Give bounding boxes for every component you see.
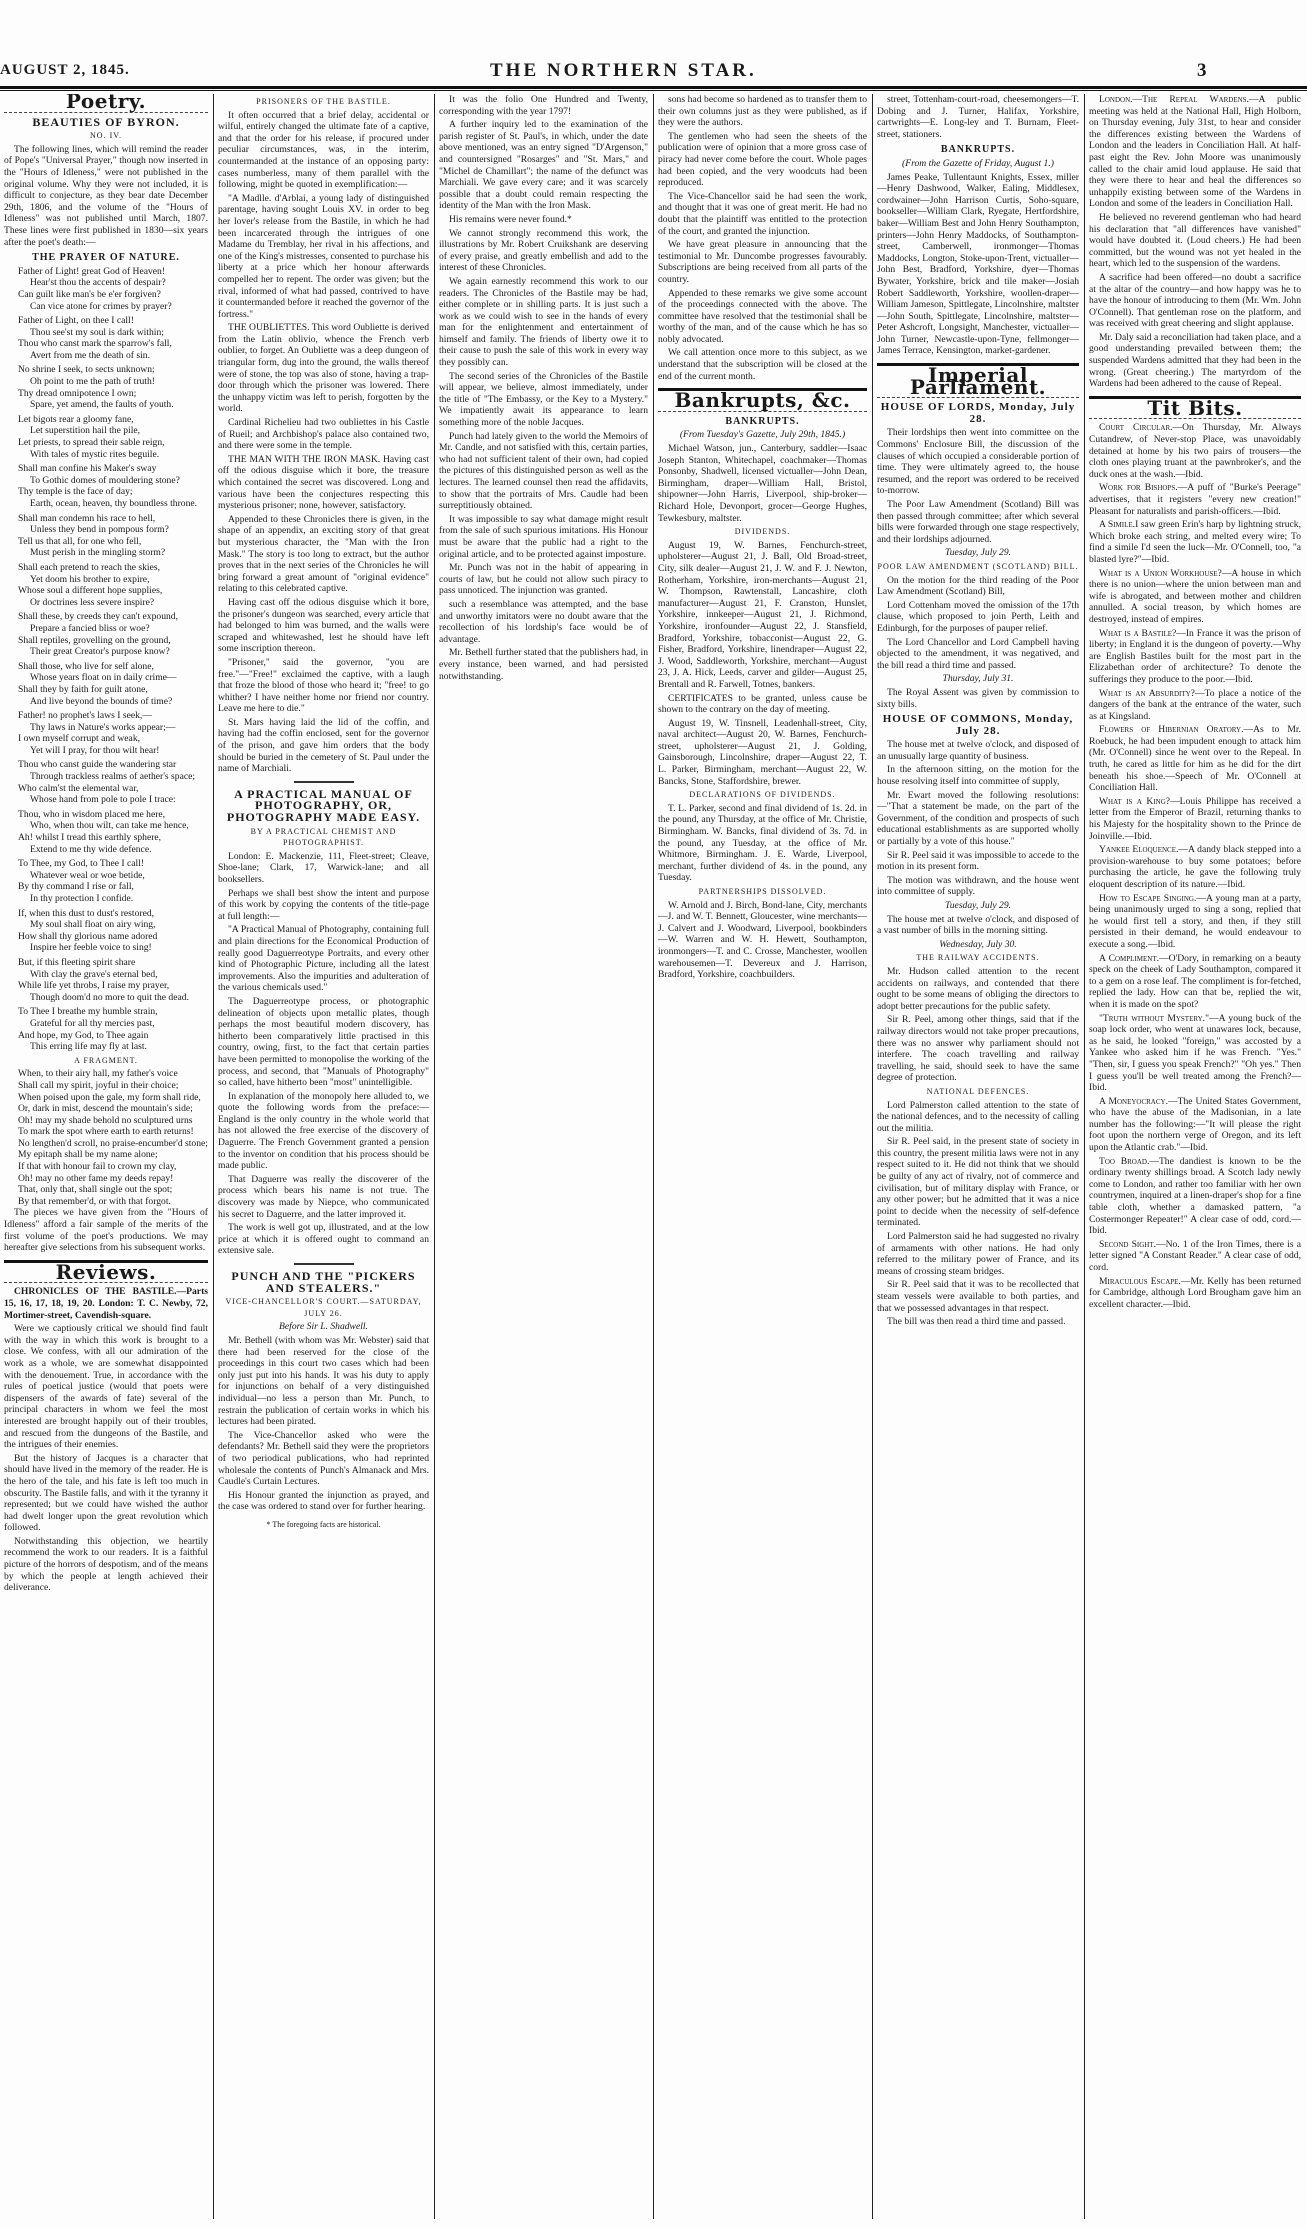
tit-bit-item: Too Broad.—The dandiest is known to be t…	[1089, 1156, 1301, 1237]
verse-line: Or, dark in mist, descend the mountain's…	[18, 1103, 208, 1115]
verse-line: Hear'st thou the accents of despair?	[18, 277, 208, 289]
verse-line: Unless they bend in pompous form?	[18, 524, 208, 536]
verse-line: Though doom'd no more to quit the dead.	[18, 992, 208, 1004]
bankrupts-source: (From the Gazette of Friday, August 1.)	[877, 158, 1079, 170]
railway-proceedings: Mr. Hudson called attention to the recen…	[877, 966, 1079, 1084]
verse-line: My epitaph shall be my name alone;	[18, 1149, 208, 1161]
column-divider	[213, 94, 214, 2219]
tit-bit-item: A Simile.I saw green Erin's harp by ligh…	[1089, 519, 1301, 565]
paragraph: The Vice-Chancellor asked who were the d…	[218, 1430, 429, 1488]
tit-bit-item: What is a Union Workhouse?—A house in wh…	[1089, 568, 1301, 626]
commons-heading: HOUSE OF COMMONS, Monday, July 28.	[877, 714, 1079, 737]
verse-line: When, to their airy hall, my father's vo…	[18, 1068, 208, 1080]
tit-bit-heading: A Moneyocracy.	[1099, 1096, 1168, 1107]
verse-line: Their great Creator's purpose know?	[18, 646, 208, 658]
paragraph: His remains were never found.*	[439, 214, 648, 226]
paragraph: It was impossible to say what damage mig…	[439, 514, 648, 560]
column-divider	[653, 94, 654, 2219]
verse-line: If, when this dust to dust's restored,	[18, 908, 208, 920]
column-divider	[434, 94, 435, 2219]
bankrupts-source: (From Tuesday's Gazette, July 29th, 1845…	[658, 429, 867, 441]
verse-line: By that remember'd, or with that forgot.	[18, 1196, 208, 1208]
verse-line: Must perish in the mingling storm?	[18, 547, 208, 559]
section-heading-bankrupts: Bankrupts, &c.	[658, 395, 867, 407]
tit-bit-heading: What is an Absurdity?	[1099, 688, 1195, 699]
verse-line: Let priests, to spread their sable reign…	[18, 437, 208, 449]
paragraph: The house met at twelve o'clock, and dis…	[877, 739, 1079, 762]
review-title: CHRONICLES OF THE BASTILE.—Parts 15, 16,…	[4, 1286, 208, 1321]
column-divider	[1084, 94, 1085, 2219]
paragraph: Sir R. Peel said it was impossible to ac…	[877, 850, 1079, 873]
article-heading-photography: A PRACTICAL MANUAL OF PHOTOGRAPHY, OR, P…	[218, 789, 429, 824]
tit-bit-heading: Too Broad.	[1099, 1156, 1149, 1167]
verse-line: Who calm'st the elemental war,	[18, 783, 208, 795]
punch-continued: Punch had lately given to the world the …	[439, 431, 648, 597]
tit-bit-item: What is an Absurdity?—To place a notice …	[1089, 688, 1301, 723]
paragraph: Their lordships then went into committee…	[877, 427, 1079, 497]
tit-bit-item: A Compliment.—O'Dory, in remarking on a …	[1089, 953, 1301, 1011]
verse-line: Spare, yet amend, the faults of youth.	[18, 399, 208, 411]
tit-bit-heading: What is a Union Workhouse?	[1099, 568, 1222, 579]
tit-bit-item: Court Circular.—On Thursday, Mr. Always …	[1089, 422, 1301, 480]
verse-line: To Gothic domes of mouldering stone?	[18, 475, 208, 487]
poem-verse: Father of Light! great God of Heaven!Hea…	[18, 266, 208, 1053]
tit-bit-item: How to Escape Singing.—A young man at a …	[1089, 893, 1301, 951]
paragraph: The Lord Chancellor and Lord Campbell ha…	[877, 637, 1079, 672]
tit-bit-heading: Miraculous Escape.	[1099, 1276, 1181, 1287]
verse-line: Yet doom his brother to expire,	[18, 574, 208, 586]
partnerships-list: W. Arnold and J. Birch, Bond-lane, City,…	[658, 900, 867, 981]
verse-line: Tell us that all, for one who fell,	[18, 536, 208, 548]
paragraph: "A Practical Manual of Photography, cont…	[218, 924, 429, 994]
verse-line: To Thee, my God, to Thee I call!	[18, 858, 208, 870]
verse-line: Whose soul a different hope supplies,	[18, 585, 208, 597]
verse-line: Thy laws in Nature's works appear;—	[18, 722, 208, 734]
paragraph: Perhaps we shall best show the intent an…	[218, 888, 429, 923]
page-number: 3	[1197, 60, 1207, 82]
photography-byline: By a Practical Chemist and Photographist…	[218, 826, 429, 849]
paragraph: such a resemblance was attempted, and th…	[439, 599, 648, 645]
paragraph: Were we captiously critical we should fi…	[4, 1323, 208, 1451]
verse-line: Who, when thou wilt, can take me hence,	[18, 820, 208, 832]
paragraph: We cannot strongly recommend this work, …	[439, 228, 648, 274]
paragraph: Notwithstanding this objection, we heart…	[4, 1536, 208, 1594]
verse-line: Thou who canst guide the wandering star	[18, 759, 208, 771]
tit-bits-list: Court Circular.—On Thursday, Mr. Always …	[1089, 422, 1301, 1310]
verse-line: If that with honour fail to crown my cla…	[18, 1161, 208, 1173]
section-heading-tit-bits: Tit Bits.	[1089, 403, 1301, 415]
paragraph: A further inquiry led to the examination…	[439, 119, 648, 212]
fragment-verse: When, to their airy hall, my father's vo…	[18, 1068, 208, 1207]
punch-court: VICE-CHANCELLOR'S COURT.—Saturday, July …	[218, 1296, 429, 1319]
separator	[294, 1263, 354, 1265]
verse-line: Whatever weal or woe betide,	[18, 870, 208, 882]
verse-line: Yet will I pray, for thou wilt hear!	[18, 745, 208, 757]
lords-date-thursday: Thursday, July 31.	[877, 673, 1079, 685]
verse-line: Grateful for all thy mercies past,	[18, 1018, 208, 1030]
verse-line: No lengthen'd scroll, no praise-encumber…	[18, 1138, 208, 1150]
verse-line: Shall each pretend to reach the skies,	[18, 562, 208, 574]
verse-line: To Thee I breathe my humble strain,	[18, 1006, 208, 1018]
verse-line: In thy protection I confide.	[18, 893, 208, 905]
paragraph: The second series of the Chronicles of t…	[439, 371, 648, 429]
paragraph: Cardinal Richelieu had two oubliettes in…	[218, 417, 429, 452]
lead-paragraph: street, Tottenham-court-road, cheesemong…	[877, 94, 1079, 140]
railway-heading: THE RAILWAY ACCIDENTS.	[877, 952, 1079, 964]
paragraph: In explanation of the monopoly here allu…	[218, 1091, 429, 1172]
paragraph: Having cast off the odious disguise whic…	[218, 597, 429, 655]
header-rule	[0, 86, 1307, 89]
paragraph: Sir R. Peel, among other things, said th…	[877, 1014, 1079, 1084]
verse-line: Can vice atone for crimes by prayer?	[18, 301, 208, 313]
verse-line: Father! no prophet's laws I seek,—	[18, 710, 208, 722]
tit-bit-text: —A young buck of the soap lock order, wh…	[1089, 1013, 1301, 1094]
verse-line: Oh point to me the path of truth!	[18, 376, 208, 388]
verse-line: Avert from me the death of sin.	[18, 350, 208, 362]
verse-line: Extend to me thy wide defence.	[18, 844, 208, 856]
tit-bit-heading: A Simile.	[1099, 519, 1135, 530]
verse-line: Whose years float on in daily crime—	[18, 672, 208, 684]
tit-bit-item: What is a King?—Louis Philippe has recei…	[1089, 796, 1301, 842]
verse-line: Let superstition hail the pile,	[18, 425, 208, 437]
paragraph: We have great pleasure in announcing tha…	[658, 239, 867, 285]
section-heading-poetry: Poetry.	[4, 96, 208, 108]
tit-bit-item: Second Sight.—No. 1 of the Iron Times, t…	[1089, 1239, 1301, 1274]
certificates-heading: CERTIFICATES	[668, 693, 733, 704]
paragraph: Mr. Daly said a reconciliation had taken…	[1089, 332, 1301, 390]
verse-line: Thy dread omnipotence I own;	[18, 388, 208, 400]
article-body-photography: Perhaps we shall best show the intent an…	[218, 888, 429, 1257]
tit-bit-heading: How to Escape Singing.	[1099, 893, 1196, 904]
repeal-meeting-body: He believed no reverend gentleman who ha…	[1089, 212, 1301, 390]
commons-tuesday-proceedings: The house met at twelve o'clock, and dis…	[877, 914, 1079, 937]
paragraph: THE OUBLIETTES. This word Oubliette is d…	[218, 322, 429, 415]
paragraph: Appended to these Chronicles there is gi…	[218, 514, 429, 595]
verse-line: I own myself corrupt and weak,	[18, 733, 208, 745]
paragraph: It often occurred that a brief delay, ac…	[218, 110, 429, 191]
poem-title: THE PRAYER OF NATURE.	[4, 252, 208, 264]
paragraph: Lord Palmerston said he had suggested no…	[877, 1231, 1079, 1277]
verse-line: That, only that, shall single out the sp…	[18, 1184, 208, 1196]
paragraph: Lord Cottenham moved the omission of the…	[877, 600, 1079, 635]
column-bastile-continued: It was the folio One Hundred and Twenty,…	[439, 94, 648, 2219]
paragraph: "Prisoner," said the governor, "you are …	[218, 657, 429, 715]
column-poetry-reviews: Poetry. BEAUTIES OF BYRON. NO. IV. The f…	[4, 94, 208, 2219]
masthead: AUGUST 2, 1845. THE NORTHERN STAR. 3	[0, 60, 1307, 84]
column-repeal-titbits: London.—The Repeal Wardens.—A public mee…	[1089, 94, 1301, 2219]
verse-line: Oh! may my shade behold no sculptured ur…	[18, 1115, 208, 1127]
verse-line: With tales of mystic rites beguile.	[18, 449, 208, 461]
article-body-prisoners: It often occurred that a brief delay, ac…	[218, 110, 429, 775]
column-bastile-photography: PRISONERS OF THE BASTILE. It often occur…	[218, 94, 429, 2219]
verse-line: Thy temple is the face of day;	[18, 486, 208, 498]
lead-heading: London.—The Repeal Wardens.	[1099, 94, 1249, 105]
bankrupts-list: James Peake, Tullentaunt Knights, Essex,…	[877, 172, 1079, 358]
verse-line: Shall these, by creeds they can't expoun…	[18, 611, 208, 623]
header-rule-thin	[0, 90, 1307, 91]
poorlaw-heading: POOR LAW AMENDMENT (SCOTLAND) BILL.	[877, 561, 1079, 573]
verse-line: Shall those, who live for self alone,	[18, 661, 208, 673]
paragraph: His Honour granted the injunction as pra…	[218, 1490, 429, 1513]
paragraph: Mr. Bethell further stated that the publ…	[439, 647, 648, 682]
paragraph: THE MAN WITH THE IRON MASK. Having cast …	[218, 454, 429, 512]
photography-publisher: London: E. Mackenzie, 111, Fleet-street;…	[218, 851, 429, 886]
paragraph: The work is well got up, illustrated, an…	[218, 1222, 429, 1257]
verse-line: Earth, ocean, heaven, thy boundless thro…	[18, 498, 208, 510]
verse-line: By thy command I rise or fall,	[18, 881, 208, 893]
verse-line: When poised upon the gale, my form shall…	[18, 1092, 208, 1104]
verse-line: This erring life may fly at last.	[18, 1041, 208, 1053]
dividends-heading: DIVIDENDS.	[658, 526, 867, 538]
column-parliament: street, Tottenham-court-road, cheesemong…	[877, 94, 1079, 2219]
column-bankrupts: sons had become so hardened as to transf…	[658, 94, 867, 2219]
tit-bit-heading: Court Circular.	[1099, 422, 1173, 433]
certificates-list: August 19, W. Tinsnell, Leadenhall-stree…	[658, 718, 867, 788]
verse-line: Through trackless realms of aether's spa…	[18, 771, 208, 783]
lords-proceedings: Their lordships then went into committee…	[877, 427, 1079, 545]
poem-intro: The following lines, which will remind t…	[4, 144, 208, 248]
lords-date-tuesday: Tuesday, July 29.	[877, 547, 1079, 559]
lords-heading: HOUSE OF LORDS, Monday, July 28.	[877, 402, 1079, 425]
paragraph: "A Madlle. d'Arblai, a young lady of dis…	[218, 193, 429, 321]
paragraph: Mr. Ewart moved the following resolution…	[877, 790, 1079, 848]
paragraph: Mr. Bethell (with whom was Mr. Webster) …	[218, 1335, 429, 1428]
review-body: Were we captiously critical we should fi…	[4, 1323, 208, 1594]
dividends-list: August 19, W. Barnes, Fenchurch-street, …	[658, 540, 867, 691]
section-heading-reviews: Reviews.	[4, 1267, 208, 1279]
tit-bit-heading: Yankee Eloquence.	[1099, 844, 1178, 855]
tit-bit-heading: A Compliment.	[1099, 953, 1159, 964]
poem-series-title: BEAUTIES OF BYRON.	[4, 117, 208, 129]
paragraph: Punch had lately given to the world the …	[439, 431, 648, 512]
verse-line: Can guilt like man's be e'er forgiven?	[18, 289, 208, 301]
lead-paragraph: —A public meeting was held at the Nation…	[1089, 94, 1301, 209]
article-heading-prisoners: PRISONERS OF THE BASTILE.	[218, 96, 429, 108]
fragment-note: The pieces we have given from the "Hours…	[4, 1207, 208, 1253]
paragraph: The bill was then read a third time and …	[877, 1316, 1079, 1328]
paragraph: We again earnestly recommend this work t…	[439, 276, 648, 369]
verse-line: No shrine I seek, to sects unknown;	[18, 364, 208, 376]
column-divider	[872, 94, 873, 2219]
punch-judge: Before Sir L. Shadwell.	[218, 1321, 429, 1333]
tit-bit-item: "Truth without Mystery."—A young buck of…	[1089, 1013, 1301, 1094]
issue-date: AUGUST 2, 1845.	[0, 62, 130, 79]
tit-bit-heading: What is a King?	[1099, 796, 1170, 807]
defences-heading: NATIONAL DEFENCES.	[877, 1086, 1079, 1098]
punch-conclusion: such a resemblance was attempted, and th…	[439, 599, 648, 682]
article-body-punch: Mr. Bethell (with whom was Mr. Webster) …	[218, 1335, 429, 1513]
commons-proceedings: The house met at twelve o'clock, and dis…	[877, 739, 1079, 898]
tit-bit-heading: Second Sight.	[1099, 1239, 1156, 1250]
tit-bit-item: A Moneyocracy.—The United States Governm…	[1089, 1096, 1301, 1154]
bankrupts-subheading: BANKRUPTS.	[658, 416, 867, 428]
partnerships-heading: PARTNERSHIPS DISSOLVED.	[658, 886, 867, 898]
paragraph: But the history of Jacques is a characte…	[4, 1453, 208, 1534]
verse-line: While life yet throbs, I raise my prayer…	[18, 980, 208, 992]
verse-line: Shall man condemn his race to hell,	[18, 513, 208, 525]
verse-line: Ah! whilst I tread this earthly sphere,	[18, 832, 208, 844]
article-body-testimonial: The gentlemen who had seen the sheets of…	[658, 131, 867, 382]
paragraph: Sir R. Peel said that it was to be recol…	[877, 1279, 1079, 1314]
separator	[294, 781, 354, 783]
verse-line: My soul shall float on airy wing,	[18, 919, 208, 931]
tit-bit-item: Flowers of Hibernian Oratory.—As to Mr. …	[1089, 724, 1301, 794]
verse-line: To mark the spot where earth to earth re…	[18, 1126, 208, 1138]
verse-line: And live beyond the bounds of time?	[18, 696, 208, 708]
verse-line: Shall they by faith for guilt atone,	[18, 684, 208, 696]
paragraph: Appended to these remarks we give some a…	[658, 288, 867, 346]
paragraph: Mr. Punch was not in the habit of appear…	[439, 562, 648, 597]
tit-bit-item: Miraculous Escape.—Mr. Kelly has been re…	[1089, 1276, 1301, 1311]
paragraph: On the motion for the third reading of t…	[877, 575, 1079, 598]
paragraph: St. Mars having laid the lid of the coff…	[218, 717, 429, 775]
tit-bit-heading: What is a Bastile?	[1099, 628, 1176, 639]
paragraph: The gentlemen who had seen the sheets of…	[658, 131, 867, 189]
paragraph: In the afternoon sitting, on the motion …	[877, 764, 1079, 787]
article-body-continued: A further inquiry led to the examination…	[439, 119, 648, 428]
verse-line: Thou, who in wisdom placed me here,	[18, 809, 208, 821]
verse-line: But, if this fleeting spirit share	[18, 957, 208, 969]
tit-bit-text: —The dandiest is known to be the ordinar…	[1089, 1156, 1301, 1237]
bankrupts-list: Michael Watson, jun., Canterbury, saddle…	[658, 443, 867, 524]
verse-line: How shall thy glorious name adored	[18, 931, 208, 943]
commons-date-wednesday: Wednesday, July 30.	[877, 939, 1079, 951]
newspaper-title: THE NORTHERN STAR.	[490, 60, 757, 82]
paragraph: The motion was withdrawn, and the house …	[877, 875, 1079, 898]
section-heading-parliament: Imperial Parliament.	[877, 370, 1079, 393]
poem-series-number: NO. IV.	[4, 130, 208, 142]
verse-line: Thou see'st my soul is dark within;	[18, 327, 208, 339]
tit-bit-item: Work for Bishops.—A puff of "Burke's Pee…	[1089, 482, 1301, 517]
declarations-list: T. L. Parker, second and final dividend …	[658, 803, 867, 884]
tit-bit-item: What is a Bastile?—In France it was the …	[1089, 628, 1301, 686]
verse-line: Shall reptiles, grovelling on the ground…	[18, 635, 208, 647]
lords-thursday-proceedings: The Royal Assent was given by commission…	[877, 687, 1079, 710]
lead-paragraph: It was the folio One Hundred and Twenty,…	[439, 94, 648, 117]
paragraph: The Poor Law Amendment (Scotland) Bill w…	[877, 499, 1079, 545]
verse-line: Or doctrines less severe inspire?	[18, 597, 208, 609]
defences-proceedings: Lord Palmerston called attention to the …	[877, 1100, 1079, 1328]
paragraph: He believed no reverend gentleman who ha…	[1089, 212, 1301, 270]
verse-line: Father of Light! great God of Heaven!	[18, 266, 208, 278]
verse-line: Let bigots rear a gloomy fane,	[18, 414, 208, 426]
paragraph: That Daguerre was really the discoverer …	[218, 1174, 429, 1220]
verse-line: Thou who canst mark the sparrow's fall,	[18, 338, 208, 350]
commons-date-tuesday: Tuesday, July 29.	[877, 900, 1079, 912]
footnote: * The foregoing facts are historical.	[218, 1519, 429, 1531]
bankrupts-heading: BANKRUPTS.	[877, 144, 1079, 156]
lead-paragraph: sons had become so hardened as to transf…	[658, 94, 867, 129]
paragraph: A sacrifice had been offered—no doubt a …	[1089, 272, 1301, 330]
verse-line: Inspire her feeble voice to sing!	[18, 942, 208, 954]
paragraph: The Vice-Chancellor said he had seen the…	[658, 191, 867, 237]
verse-line: Whose hand from pole to pole I trace:	[18, 794, 208, 806]
paragraph: Sir R. Peel said, in the present state o…	[877, 1136, 1079, 1229]
verse-line: Shall man confine his Maker's sway	[18, 463, 208, 475]
tit-bit-heading: "Truth without Mystery."	[1099, 1013, 1209, 1024]
article-heading-punch: PUNCH AND THE "PICKERS AND STEALERS."	[218, 1271, 429, 1294]
verse-line: Shall call my spirit, joyful in their ch…	[18, 1080, 208, 1092]
declarations-heading: DECLARATIONS OF DIVIDENDS.	[658, 789, 867, 801]
paragraph: Mr. Hudson called attention to the recen…	[877, 966, 1079, 1012]
verse-line: With clay the grave's eternal bed,	[18, 969, 208, 981]
fragment-title: A FRAGMENT.	[4, 1055, 208, 1067]
verse-line: And hope, my God, to Thee again	[18, 1030, 208, 1042]
paragraph: The Daguerreotype process, or photograph…	[218, 996, 429, 1089]
paragraph: Lord Palmerston called attention to the …	[877, 1100, 1079, 1135]
verse-line: Father of Light, on thee I call!	[18, 315, 208, 327]
tit-bit-item: Yankee Eloquence.—A dandy black stepped …	[1089, 844, 1301, 890]
verse-line: Oh! may no other fame my deeds repay!	[18, 1173, 208, 1185]
tit-bit-heading: Flowers of Hibernian Oratory.	[1099, 724, 1244, 735]
verse-line: Prepare a fancied bliss or woe?	[18, 623, 208, 635]
paragraph: We call attention once more to this subj…	[658, 347, 867, 382]
lords-tuesday-proceedings: On the motion for the third reading of t…	[877, 575, 1079, 672]
tit-bit-heading: Work for Bishops.	[1099, 482, 1178, 493]
